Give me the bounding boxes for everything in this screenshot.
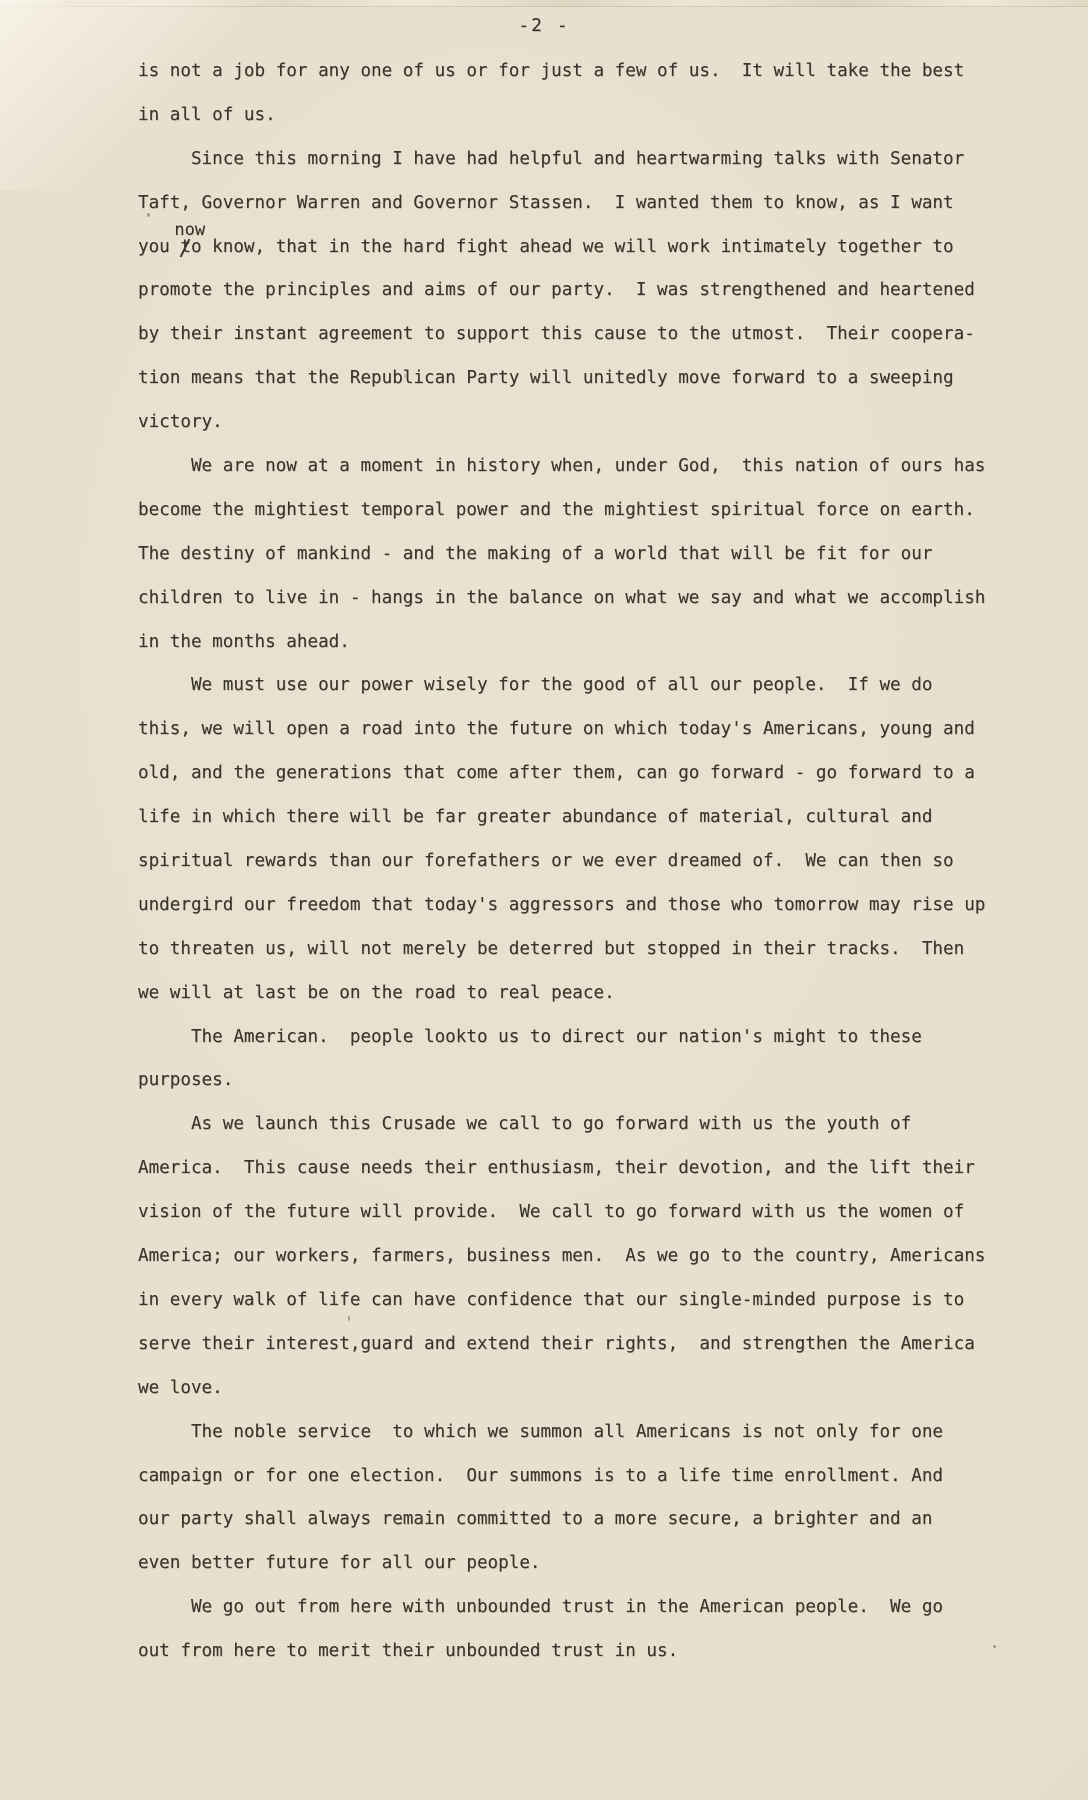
text-line: Since this morning I have had helpful an… <box>138 138 1058 182</box>
text-line: promote the principles and aims of our p… <box>138 269 1058 313</box>
text-line: We go out from here with unbounded trust… <box>138 1586 1058 1630</box>
typed-insertion: now <box>174 222 205 239</box>
text-line: spiritual rewards than our forefathers o… <box>138 840 1058 884</box>
text-line: America. This cause needs their enthusia… <box>138 1147 1058 1191</box>
text-line: is not a job for any one of us or for ju… <box>138 50 1058 94</box>
text-line: The noble service to which we summon all… <box>138 1411 1058 1455</box>
text-line: The destiny of mankind - and the making … <box>138 533 1058 577</box>
text-line: campaign or for one election. Our summon… <box>138 1455 1058 1499</box>
text-line: even better future for all our people. <box>138 1542 1058 1586</box>
document-body: is not a job for any one of us or for ju… <box>138 50 1058 1674</box>
struck-character: tnow <box>180 226 191 270</box>
text-line: to threaten us, will not merely be deter… <box>138 928 1058 972</box>
document-page: -2 - is not a job for any one of us or f… <box>0 0 1088 1800</box>
text-line: this, we will open a road into the futur… <box>138 708 1058 752</box>
text-line: victory. <box>138 401 1058 445</box>
page-number: -2 - <box>0 15 1088 36</box>
text-line: purposes. <box>138 1059 1058 1103</box>
text-line: vision of the future will provide. We ca… <box>138 1191 1058 1235</box>
text-line: in all of us. <box>138 94 1058 138</box>
text-line: by their instant agreement to support th… <box>138 313 1058 357</box>
text-line: in every walk of life can have confidenc… <box>138 1279 1058 1323</box>
text-line: Taft, Governor Warren and Governor Stass… <box>138 182 1058 226</box>
text-line: life in which there will be far greater … <box>138 796 1058 840</box>
text-line: As we launch this Crusade we call to go … <box>138 1103 1058 1147</box>
text-line: become the mightiest temporal power and … <box>138 489 1058 533</box>
text-line: out from here to merit their unbounded t… <box>138 1630 1058 1674</box>
text-line: tion means that the Republican Party wil… <box>138 357 1058 401</box>
text-line: children to live in - hangs in the balan… <box>138 577 1058 621</box>
text-line: undergird our freedom that today's aggre… <box>138 884 1058 928</box>
text-line: The American. people lookto us to direct… <box>138 1016 1058 1060</box>
text-line: our party shall always remain committed … <box>138 1498 1058 1542</box>
text-line: in the months ahead. <box>138 621 1058 665</box>
text-line: We are now at a moment in history when, … <box>138 445 1058 489</box>
text-line: serve their interest,guard and extend th… <box>138 1323 1058 1367</box>
text-line: America; our workers, farmers, business … <box>138 1235 1058 1279</box>
text-line: we love. <box>138 1367 1058 1411</box>
text-line: old, and the generations that come after… <box>138 752 1058 796</box>
text-line: you tnowo know, that in the hard fight a… <box>138 226 1058 270</box>
text-line: We must use our power wisely for the goo… <box>138 664 1058 708</box>
text-line: we will at last be on the road to real p… <box>138 972 1058 1016</box>
